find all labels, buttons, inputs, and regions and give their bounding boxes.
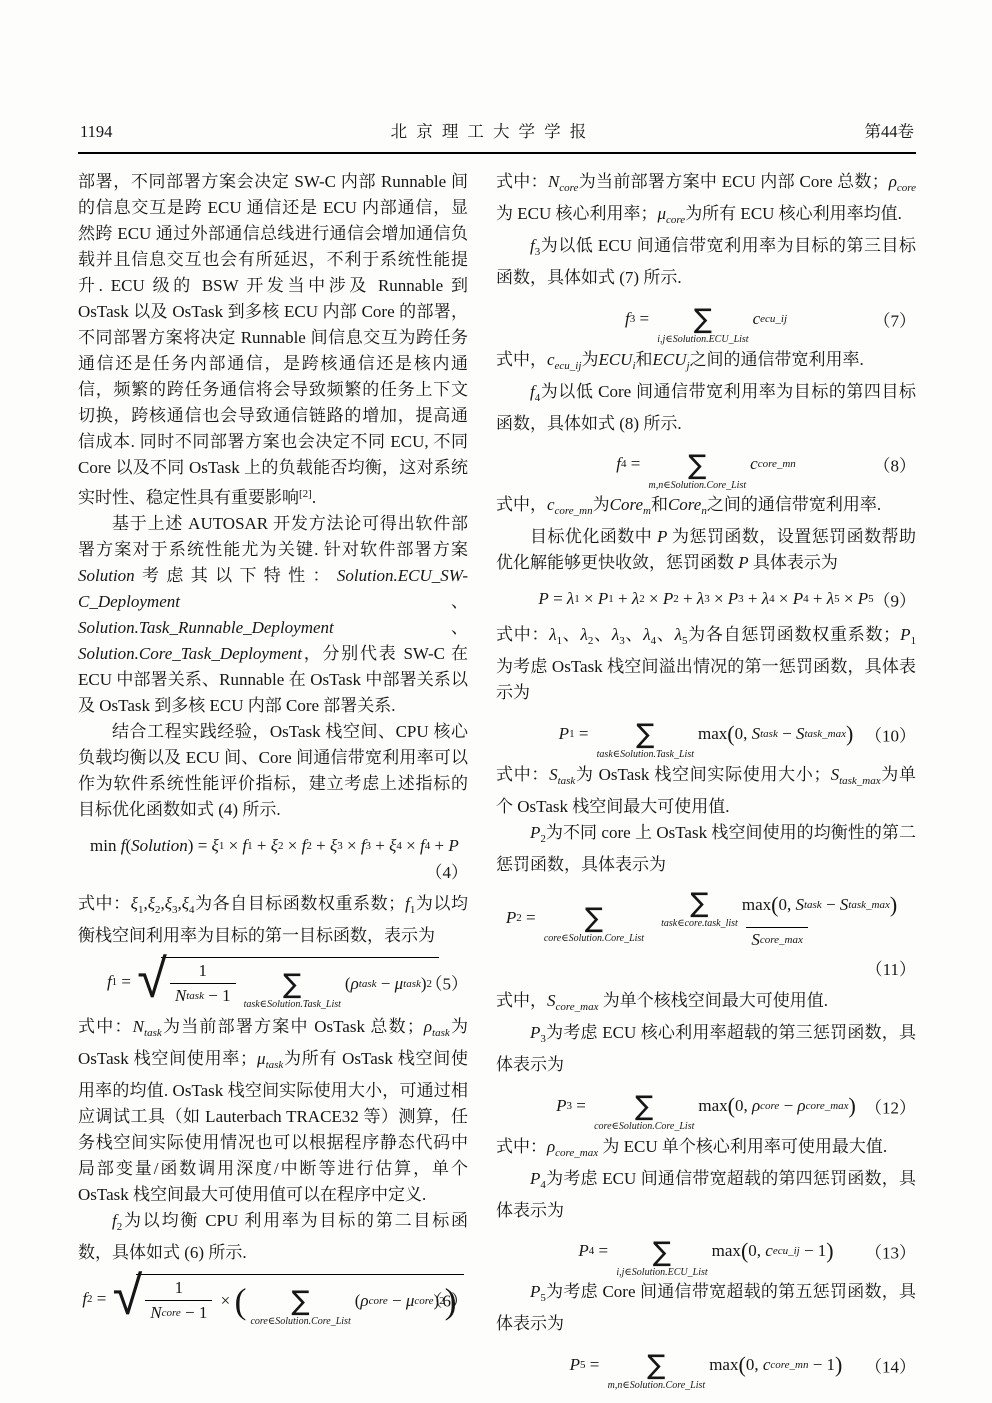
volume-label: 第44卷: [865, 118, 915, 142]
summation-symbol: ∑m,n∈Solution.Core_List: [608, 1352, 706, 1392]
summation-symbol: ∑task∈Solution.Task_List: [597, 721, 694, 761]
summation-symbol: ∑core∈Solution.Core_List: [250, 1288, 350, 1328]
equation-5-summand: ∑task∈Solution.Task_List(ρtask − μtask)2: [240, 964, 432, 1004]
page-number: 1194: [80, 122, 112, 142]
summation-symbol: ∑task∈Solution.Task_List: [244, 971, 341, 1011]
paragraph-f2-intro: f2为以均衡 CPU 利用率为目标的第二目标函数，具体如式 (6) 所示.: [78, 1208, 468, 1266]
equation-8-body: f4 = ∑m,n∈Solution.Core_Listccore_mn: [616, 445, 796, 485]
paragraph-autosar-solution: 基于上述 AUTOSAR 开发方法论可得出软件部署方案对于系统性能尤为关键. 针…: [78, 511, 468, 719]
equation-6-lhs: f2 =: [82, 1289, 110, 1309]
square-root: √ 1 Ntask − 1 ∑task∈Solution.Task_List(ρ…: [137, 957, 439, 1006]
equation-11: P2 = ∑core∈Solution.Core_List ∑task∈core…: [496, 886, 916, 951]
equation-14-number: （14）: [865, 1352, 916, 1377]
fraction-numerator: 1: [170, 1278, 189, 1300]
equation-9-body: P = λ1 × P1 + λ2 × P2 + λ3 × P3 + λ4 × P…: [538, 589, 873, 609]
equation-8: f4 = ∑m,n∈Solution.Core_Listccore_mn （8）: [496, 445, 916, 485]
equation-13-body: P4 = ∑i,j∈Solution.ECU_Listmax(0, cecu_i…: [578, 1232, 833, 1272]
equation-4-body: min f(Solution) = ξ1 × f1 + ξ2 × f2 + ξ3…: [90, 836, 459, 856]
radical-sign-icon: √: [113, 1272, 143, 1321]
page-header: 1194 北京理工大学学报 第44卷: [78, 118, 916, 142]
journal-title: 北京理工大学学报: [382, 118, 596, 142]
summation-symbol: ∑core∈Solution.Core_List: [544, 905, 644, 945]
paragraph-penalty-intro: 目标优化函数中 P 为惩罚函数，设置惩罚函数帮助优化解能够更快收敛，惩罚函数 P…: [496, 524, 916, 576]
right-column: 式中：Ncore为当前部署方案中 ECU 内部 Core 总数；ρcore为 E…: [496, 169, 916, 1393]
equation-10: P1 = ∑task∈Solution.Task_Listmax(0, Stas…: [496, 714, 916, 754]
paragraph-eq5-explanation: 式中：Ntask为当前部署方案中 OsTask 总数；ρtask为 OsTask…: [78, 1014, 468, 1208]
equation-11-lhs: P2 = ∑core∈Solution.Core_List: [506, 898, 648, 938]
equation-6-summand: × (∑core∈Solution.Core_List(ρcore − μcor…: [216, 1281, 456, 1321]
paragraph-eq9-explanation: 式中：λ1、λ2、λ3、λ4、λ5为各自惩罚函数权重系数；P1为考虑 OsTas…: [496, 622, 916, 706]
equation-12-body: P3 = ∑core∈Solution.Core_Listmax(0, ρcor…: [556, 1086, 856, 1126]
summation-symbol: ∑i,j∈Solution.ECU_List: [616, 1239, 707, 1279]
square-root: √ 1 Ncore − 1 × (∑core∈Solution.Core_Lis…: [113, 1274, 464, 1323]
equation-12-number: （12）: [865, 1093, 916, 1118]
equation-6-body: f2 = √ 1 Ncore − 1 × (∑core∈Solution.Cor…: [82, 1274, 463, 1323]
fraction-numerator: 1: [193, 961, 212, 983]
equation-5-number: （5）: [426, 969, 469, 994]
paragraph-eq12-explanation: 式中：ρcore_max 为 ECU 单个核心利用率可使用最大值.: [496, 1134, 916, 1166]
equation-6-number: （6）: [426, 1286, 469, 1311]
fraction-numerator: ∑task∈core.task_listmax(0, Stask − Stask…: [652, 886, 902, 928]
page-content: 1194 北京理工大学学报 第44卷 部署，不同部署方案会决定 SW-C 内部 …: [78, 118, 916, 1393]
equation-12: P3 = ∑core∈Solution.Core_Listmax(0, ρcor…: [496, 1086, 916, 1126]
paragraph-p4-intro: P4为考虑 ECU 间通信带宽超载的第四惩罚函数，具体表示为: [496, 1166, 916, 1224]
equation-4: min f(Solution) = ξ1 × f1 + ξ2 × f2 + ξ3…: [78, 831, 468, 861]
paragraph-f4-intro: f4为以低 Core 间通信带宽利用率为目标的第四目标函数，具体如式 (8) 所…: [496, 379, 916, 437]
summation-symbol: ∑core∈Solution.Core_List: [594, 1093, 694, 1133]
left-column: 部署，不同部署方案会决定 SW-C 内部 Runnable 间的信息交互是跨 E…: [78, 169, 468, 1393]
fraction: 1 Ncore − 1: [145, 1278, 212, 1323]
paragraph-deployment-intro: 部署，不同部署方案会决定 SW-C 内部 Runnable 间的信息交互是跨 E…: [78, 169, 468, 511]
equation-7: f3 = ∑i,j∈Solution.ECU_Listcecu_ij （7）: [496, 299, 916, 339]
fraction-denominator: Score_max: [746, 927, 807, 950]
equation-10-number: （10）: [865, 721, 916, 746]
equation-11-number: （11）: [496, 958, 916, 982]
equation-14: P5 = ∑m,n∈Solution.Core_Listmax(0, ccore…: [496, 1345, 916, 1385]
paragraph-p2-intro: P2为不同 core 上 OsTask 栈空间使用的均衡性的第二惩罚函数，具体表…: [496, 820, 916, 878]
journal-page: 1194 北京理工大学学报 第44卷 部署，不同部署方案会决定 SW-C 内部 …: [0, 0, 992, 1403]
paragraph-p5-intro: P5为考虑 Core 间通信带宽超载的第五惩罚函数，具体表示为: [496, 1279, 916, 1337]
equation-14-body: P5 = ∑m,n∈Solution.Core_Listmax(0, ccore…: [570, 1345, 843, 1385]
paragraph-eq6-explanation: 式中：Ncore为当前部署方案中 ECU 内部 Core 总数；ρcore为 E…: [496, 169, 916, 233]
equation-7-body: f3 = ∑i,j∈Solution.ECU_Listcecu_ij: [625, 299, 787, 339]
equation-7-number: （7）: [874, 306, 917, 331]
paragraph-objective-intro: 结合工程实践经验，OsTask 栈空间、CPU 核心负载均衡以及 ECU 间、C…: [78, 719, 468, 823]
fraction-denominator: Ntask − 1: [170, 983, 236, 1006]
paragraph-eq4-explanation: 式中：ξ1,ξ2,ξ3,ξ4为各自目标函数权重系数；f1为以均衡栈空间利用率为目…: [78, 891, 468, 949]
radical-sign-icon: √: [137, 955, 167, 1004]
equation-11-body: P2 = ∑core∈Solution.Core_List ∑task∈core…: [506, 886, 906, 951]
fraction: ∑task∈core.task_listmax(0, Stask − Stask…: [652, 886, 902, 951]
paragraph-eq11-explanation: 式中，Score_max 为单个核栈空间最大可使用值.: [496, 988, 916, 1020]
equation-5-lhs: f1 =: [107, 972, 135, 992]
equation-5-body: f1 = √ 1 Ntask − 1 ∑task∈Solution.Task_L…: [107, 957, 439, 1006]
summation-symbol: ∑m,n∈Solution.Core_List: [649, 452, 747, 492]
equation-9: P = λ1 × P1 + λ2 × P2 + λ3 × P3 + λ4 × P…: [496, 584, 916, 614]
equation-13-number: （13）: [865, 1239, 916, 1264]
summation-symbol: ∑task∈core.task_list: [661, 890, 738, 930]
equation-6: f2 = √ 1 Ncore − 1 × (∑core∈Solution.Cor…: [78, 1274, 468, 1323]
two-column-body: 部署，不同部署方案会决定 SW-C 内部 Runnable 间的信息交互是跨 E…: [78, 169, 916, 1393]
equation-4-number: （4）: [78, 861, 468, 885]
fraction: 1 Ntask − 1: [170, 961, 236, 1006]
paragraph-eq8-explanation: 式中，ccore_mn为Corem和Coren之间的通信带宽利用率.: [496, 492, 916, 524]
equation-9-number: （9）: [874, 587, 917, 612]
equation-5: f1 = √ 1 Ntask − 1 ∑task∈Solution.Task_L…: [78, 957, 468, 1006]
equation-8-number: （8）: [874, 452, 917, 477]
paragraph-f3-intro: f3为以低 ECU 间通信带宽利用率为目标的第三目标函数，具体如式 (7) 所示…: [496, 233, 916, 291]
paragraph-eq7-explanation: 式中，cecu_ij为ECUi和ECUj之间的通信带宽利用率.: [496, 347, 916, 379]
fraction-denominator: Ncore − 1: [145, 1300, 212, 1323]
header-rule: [78, 152, 916, 154]
equation-10-body: P1 = ∑task∈Solution.Task_Listmax(0, Stas…: [559, 714, 854, 754]
paragraph-eq10-explanation: 式中：Stask为 OsTask 栈空间实际使用大小；Stask_max为单个 …: [496, 762, 916, 820]
summation-symbol: ∑i,j∈Solution.ECU_List: [657, 306, 748, 346]
paragraph-p3-intro: P3为考虑 ECU 核心利用率超载的第三惩罚函数，具体表示为: [496, 1020, 916, 1078]
equation-13: P4 = ∑i,j∈Solution.ECU_Listmax(0, cecu_i…: [496, 1232, 916, 1272]
